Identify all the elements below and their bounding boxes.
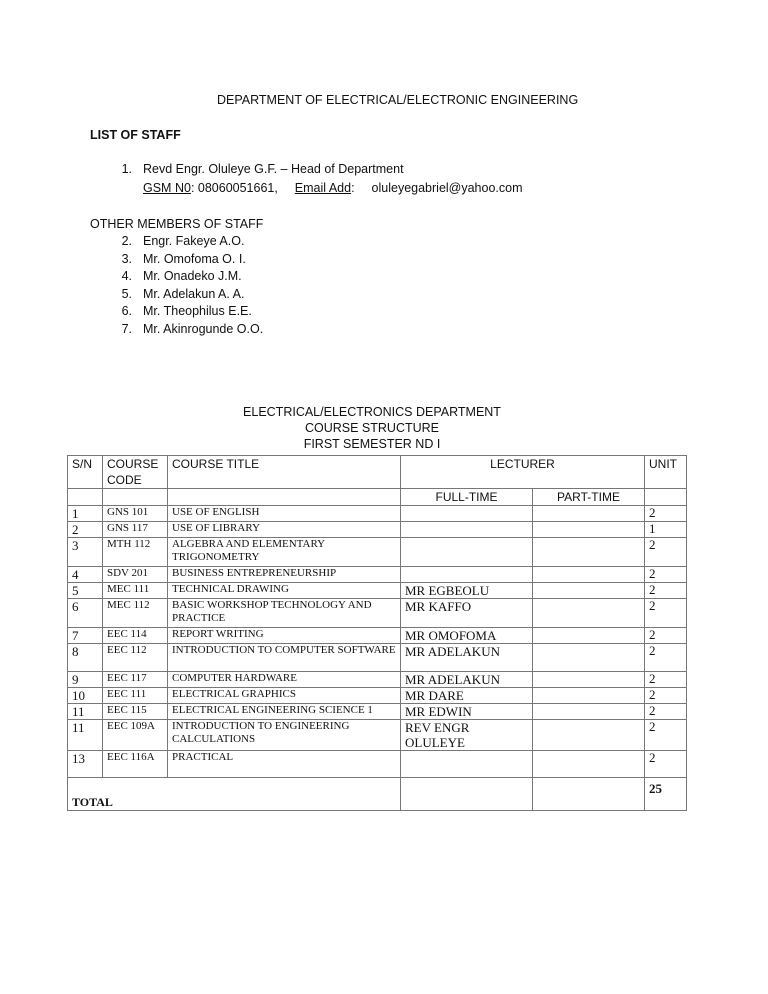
list-number: 6.: [112, 304, 132, 318]
row-sn: 10: [68, 688, 103, 704]
row-course-code: EEC 111: [103, 688, 168, 704]
row-sn: 3: [68, 538, 103, 567]
gsm-label: GSM N0: [143, 181, 191, 195]
subheader-empty: [168, 489, 401, 506]
row-course-title: BUSINESS ENTREPRENEURSHIP: [168, 567, 401, 583]
header-lecturer: LECTURER: [401, 456, 645, 489]
course-heading: ELECTRICAL/ELECTRONICS DEPARTMENT COURSE…: [0, 404, 768, 452]
header-part-time: PART-TIME: [533, 489, 645, 506]
table-row: 10EEC 111ELECTRICAL GRAPHICSMR DARE2: [68, 688, 687, 704]
staff-name: Mr. Adelakun A. A.: [143, 287, 244, 301]
row-part-time-lecturer: [533, 522, 645, 538]
row-sn: 11: [68, 704, 103, 720]
total-label: TOTAL: [68, 778, 401, 811]
row-full-time-lecturer: [401, 567, 533, 583]
row-unit: 2: [645, 599, 687, 628]
row-part-time-lecturer: [533, 720, 645, 751]
row-full-time-lecturer: MR ADELAKUN: [401, 672, 533, 688]
row-course-code: EEC 115: [103, 704, 168, 720]
row-part-time-lecturer: [533, 688, 645, 704]
row-course-title: USE OF ENGLISH: [168, 506, 401, 522]
table-row: 13EEC 116APRACTICAL2: [68, 751, 687, 778]
row-full-time-lecturer: REV ENGR OLULEYE: [401, 720, 533, 751]
table-row: 4SDV 201BUSINESS ENTREPRENEURSHIP2: [68, 567, 687, 583]
row-course-title: PRACTICAL: [168, 751, 401, 778]
total-full-time: [401, 778, 533, 811]
staff-list-heading: LIST OF STAFF: [90, 128, 181, 142]
course-heading-line-3: FIRST SEMESTER ND I: [0, 436, 756, 452]
row-course-title: USE OF LIBRARY: [168, 522, 401, 538]
row-sn: 8: [68, 644, 103, 672]
list-number: 4.: [112, 269, 132, 283]
row-sn: 6: [68, 599, 103, 628]
staff-name: Mr. Akinrogunde O.O.: [143, 322, 263, 336]
email-separator: :: [351, 181, 354, 195]
row-part-time-lecturer: [533, 644, 645, 672]
row-course-code: MTH 112: [103, 538, 168, 567]
header-sn: S/N: [68, 456, 103, 489]
row-course-code: EEC 114: [103, 628, 168, 644]
table-row: 11EEC 115ELECTRICAL ENGINEERING SCIENCE …: [68, 704, 687, 720]
row-course-title: ELECTRICAL GRAPHICS: [168, 688, 401, 704]
department-heading: DEPARTMENT OF ELECTRICAL/ELECTRONIC ENGI…: [217, 93, 578, 107]
table-row: 8EEC 112INTRODUCTION TO COMPUTER SOFTWAR…: [68, 644, 687, 672]
row-course-code: EEC 109A: [103, 720, 168, 751]
row-part-time-lecturer: [533, 506, 645, 522]
course-structure-table: S/N COURSE CODE COURSE TITLE LECTURER UN…: [67, 455, 687, 811]
staff-name: Engr. Fakeye A.O.: [143, 234, 244, 248]
header-full-time: FULL-TIME: [401, 489, 533, 506]
row-course-title: ELECTRICAL ENGINEERING SCIENCE 1: [168, 704, 401, 720]
total-part-time: [533, 778, 645, 811]
row-part-time-lecturer: [533, 628, 645, 644]
row-full-time-lecturer: MR KAFFO: [401, 599, 533, 628]
row-full-time-lecturer: [401, 522, 533, 538]
row-course-title: BASIC WORKSHOP TECHNOLOGY AND PRACTICE: [168, 599, 401, 628]
row-full-time-lecturer: [401, 506, 533, 522]
row-sn: 13: [68, 751, 103, 778]
other-staff-heading: OTHER MEMBERS OF STAFF: [90, 217, 263, 231]
row-course-code: GNS 117: [103, 522, 168, 538]
staff-name: Mr. Onadeko J.M.: [143, 269, 242, 283]
table-row: 1GNS 101USE OF ENGLISH2: [68, 506, 687, 522]
gsm-value: : 08060051661,: [191, 181, 278, 195]
header-unit: UNIT: [645, 456, 687, 489]
row-full-time-lecturer: MR ADELAKUN: [401, 644, 533, 672]
row-part-time-lecturer: [533, 704, 645, 720]
row-full-time-lecturer: MR EDWIN: [401, 704, 533, 720]
header-course-title: COURSE TITLE: [168, 456, 401, 489]
course-heading-line-1: ELECTRICAL/ELECTRONICS DEPARTMENT: [0, 404, 756, 420]
row-sn: 1: [68, 506, 103, 522]
row-part-time-lecturer: [533, 567, 645, 583]
table-header-row: S/N COURSE CODE COURSE TITLE LECTURER UN…: [68, 456, 687, 489]
row-part-time-lecturer: [533, 599, 645, 628]
head-contact: GSM N0: 08060051661, Email Add: oluleyeg…: [143, 181, 523, 195]
row-unit: 2: [645, 720, 687, 751]
row-course-code: EEC 117: [103, 672, 168, 688]
row-unit: 2: [645, 506, 687, 522]
staff-name: Mr. Theophilus E.E.: [143, 304, 252, 318]
subheader-empty: [68, 489, 103, 506]
row-full-time-lecturer: MR OMOFOMA: [401, 628, 533, 644]
row-course-code: EEC 112: [103, 644, 168, 672]
row-full-time-lecturer: MR EGBEOLU: [401, 583, 533, 599]
row-unit: 2: [645, 688, 687, 704]
row-unit: 2: [645, 628, 687, 644]
course-heading-line-2: COURSE STRUCTURE: [0, 420, 756, 436]
table-total-row: TOTAL 25: [68, 778, 687, 811]
total-unit: 25: [645, 778, 687, 811]
list-number: 5.: [112, 287, 132, 301]
row-course-title: REPORT WRITING: [168, 628, 401, 644]
table-row: 11EEC 109AINTRODUCTION TO ENGINEERING CA…: [68, 720, 687, 751]
table-body: 1GNS 101USE OF ENGLISH22GNS 117USE OF LI…: [68, 506, 687, 778]
row-full-time-lecturer: [401, 751, 533, 778]
row-sn: 7: [68, 628, 103, 644]
table-subheader-row: FULL-TIME PART-TIME: [68, 489, 687, 506]
subheader-empty: [645, 489, 687, 506]
row-course-title: ALGEBRA AND ELEMENTARY TRIGONOMETRY: [168, 538, 401, 567]
row-unit: 2: [645, 672, 687, 688]
email-value[interactable]: oluleyegabriel@yahoo.com: [372, 181, 523, 195]
row-course-code: SDV 201: [103, 567, 168, 583]
row-course-code: MEC 111: [103, 583, 168, 599]
row-full-time-lecturer: [401, 538, 533, 567]
row-part-time-lecturer: [533, 538, 645, 567]
email-label: Email Add: [295, 181, 351, 195]
subheader-empty: [103, 489, 168, 506]
row-part-time-lecturer: [533, 672, 645, 688]
list-number: 2.: [112, 234, 132, 248]
row-sn: 5: [68, 583, 103, 599]
row-sn: 4: [68, 567, 103, 583]
staff-name: Mr. Omofoma O. I.: [143, 252, 246, 266]
row-course-code: EEC 116A: [103, 751, 168, 778]
row-unit: 1: [645, 522, 687, 538]
list-number: 7.: [112, 322, 132, 336]
row-unit: 2: [645, 538, 687, 567]
row-unit: 2: [645, 704, 687, 720]
row-course-code: MEC 112: [103, 599, 168, 628]
head-name: Revd Engr. Oluleye G.F. – Head of Depart…: [143, 162, 404, 176]
row-sn: 2: [68, 522, 103, 538]
row-unit: 2: [645, 644, 687, 672]
row-part-time-lecturer: [533, 751, 645, 778]
row-course-code: GNS 101: [103, 506, 168, 522]
table-row: 9EEC 117COMPUTER HARDWAREMR ADELAKUN2: [68, 672, 687, 688]
row-sn: 11: [68, 720, 103, 751]
row-unit: 2: [645, 567, 687, 583]
row-part-time-lecturer: [533, 583, 645, 599]
row-sn: 9: [68, 672, 103, 688]
list-number: 3.: [112, 252, 132, 266]
row-unit: 2: [645, 751, 687, 778]
table-row: 5MEC 111TECHNICAL DRAWINGMR EGBEOLU2: [68, 583, 687, 599]
table-row: 2GNS 117USE OF LIBRARY1: [68, 522, 687, 538]
table-row: 3MTH 112ALGEBRA AND ELEMENTARY TRIGONOME…: [68, 538, 687, 567]
row-course-title: INTRODUCTION TO ENGINEERING CALCULATIONS: [168, 720, 401, 751]
table-row: 6MEC 112BASIC WORKSHOP TECHNOLOGY AND PR…: [68, 599, 687, 628]
row-course-title: COMPUTER HARDWARE: [168, 672, 401, 688]
row-unit: 2: [645, 583, 687, 599]
table-row: 7EEC 114REPORT WRITINGMR OMOFOMA2: [68, 628, 687, 644]
row-full-time-lecturer: MR DARE: [401, 688, 533, 704]
list-number: 1.: [112, 162, 132, 176]
row-course-title: INTRODUCTION TO COMPUTER SOFTWARE: [168, 644, 401, 672]
header-course-code: COURSE CODE: [103, 456, 168, 489]
row-course-title: TECHNICAL DRAWING: [168, 583, 401, 599]
